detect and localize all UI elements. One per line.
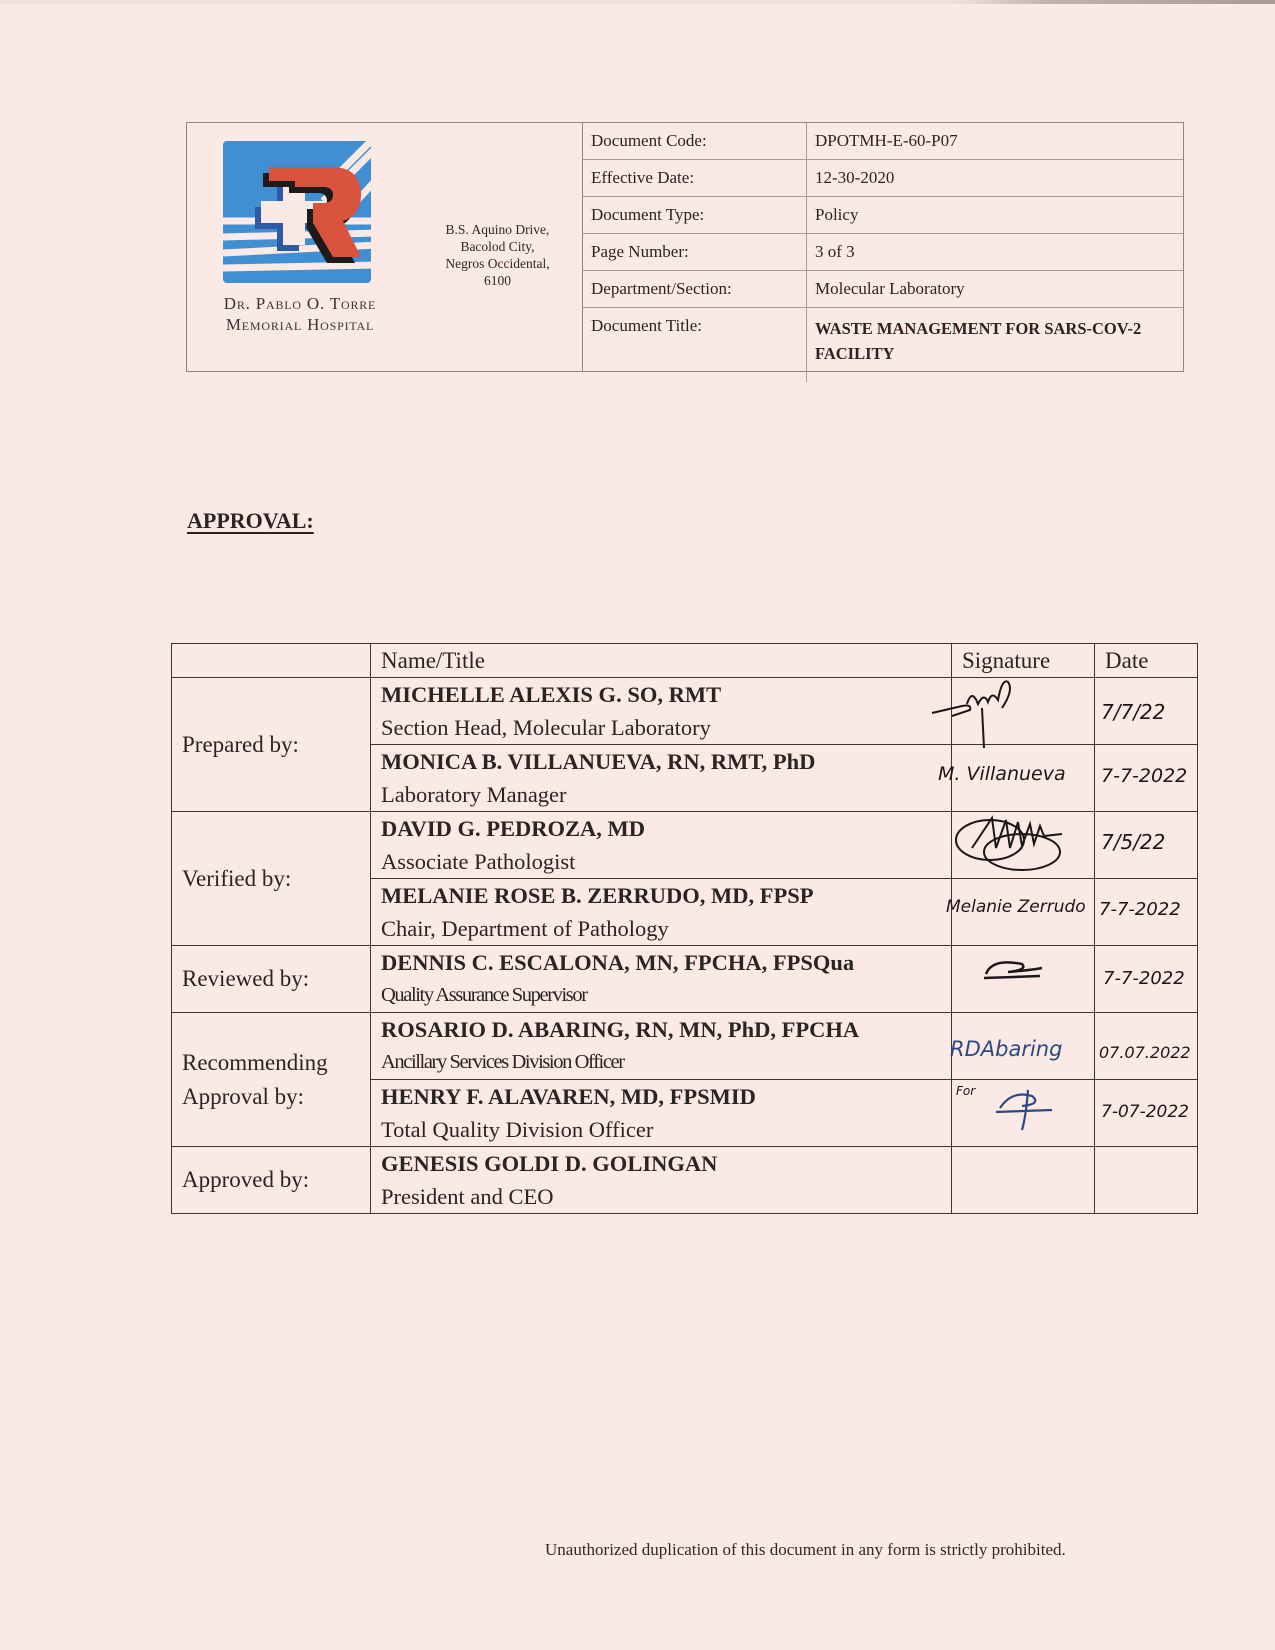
signature-cell — [952, 812, 1095, 879]
document-type: Policy — [807, 197, 1184, 234]
date-cell-empty — [1095, 1147, 1198, 1214]
handwritten-signature: M. Villanueva — [938, 763, 1066, 785]
signatory-name: DAVID G. PEDROZA, MD — [381, 812, 941, 845]
signatory-title: Associate Pathologist — [381, 845, 941, 878]
document-header: Dr. Pablo O. Torre Memorial Hospital B.S… — [186, 122, 1184, 372]
effective-date: 12-30-2020 — [807, 160, 1184, 197]
hospital-name: Dr. Pablo O. Torre Memorial Hospital — [189, 293, 411, 335]
meta-row-effective-date: Effective Date:12-30-2020 — [583, 160, 1183, 197]
table-row: Reviewed by: DENNIS C. ESCALONA, MN, FPC… — [172, 946, 1198, 1013]
signature-cell: For — [952, 1080, 1095, 1147]
signatory-name: HENRY F. ALAVAREN, MD, FPSMID — [381, 1080, 941, 1113]
meta-row-type: Document Type:Policy — [583, 197, 1183, 234]
document-meta-table: Document Code:DPOTMH-E-60-P07 Effective … — [583, 123, 1183, 382]
handwritten-signature: RDAbaring — [950, 1037, 1062, 1061]
signature-cell-empty — [952, 1147, 1095, 1214]
handwritten-signature-icon — [952, 808, 1082, 878]
document-code: DPOTMH-E-60-P07 — [807, 123, 1184, 160]
role-verified-by: Verified by: — [172, 812, 371, 946]
column-header-name: Name/Title — [371, 644, 952, 678]
signature-cell — [952, 678, 1095, 745]
signatory-title: Total Quality Division Officer — [381, 1113, 941, 1146]
table-row: Prepared by: MICHELLE ALEXIS G. SO, RMT … — [172, 678, 1198, 745]
signed-date: 7-7-2022 — [1101, 765, 1187, 787]
role-reviewed-by: Reviewed by: — [172, 946, 371, 1013]
signature-note: For — [956, 1084, 975, 1098]
page-number: 3 of 3 — [807, 234, 1184, 271]
handwritten-signature: Melanie Zerrudo — [946, 897, 1086, 917]
signed-date: 7-7-2022 — [1099, 899, 1181, 920]
signatory-title: Ancillary Services Division Officer — [381, 1046, 941, 1079]
signature-cell: RDAbaring — [952, 1013, 1095, 1080]
signatory-title: Section Head, Molecular Laboratory — [381, 711, 941, 744]
signed-date: 07.07.2022 — [1099, 1043, 1191, 1062]
meta-row-page: Page Number:3 of 3 — [583, 234, 1183, 271]
role-approved-by: Approved by: — [172, 1147, 371, 1214]
handwritten-signature-icon — [932, 668, 1062, 734]
signed-date: 7-7-2022 — [1103, 968, 1185, 989]
signatory-title: Quality Assurance Supervisor — [381, 979, 941, 1012]
hospital-address: B.S. Aquino Drive, Bacolod City, Negros … — [415, 221, 580, 289]
table-row: Recommending Approval by: ROSARIO D. ABA… — [172, 1013, 1198, 1080]
hospital-block: Dr. Pablo O. Torre Memorial Hospital B.S… — [187, 123, 583, 371]
scan-edge — [0, 0, 1275, 4]
department: Molecular Laboratory — [807, 271, 1184, 308]
handwritten-signature-icon — [992, 1086, 1072, 1136]
table-row: Approved by: GENESIS GOLDI D. GOLINGAN P… — [172, 1147, 1198, 1214]
signed-date: 7/7/22 — [1101, 700, 1165, 724]
signatory-title: President and CEO — [381, 1180, 941, 1213]
approval-table: Name/Title Signature Date Prepared by: M… — [171, 643, 1198, 1214]
approval-heading: APPROVAL: — [187, 508, 314, 534]
signatory-name: MELANIE ROSE B. ZERRUDO, MD, FPSP — [381, 879, 941, 912]
signatory-name: GENESIS GOLDI D. GOLINGAN — [381, 1147, 941, 1180]
signatory-name: DENNIS C. ESCALONA, MN, FPCHA, FPSQua — [381, 946, 941, 979]
meta-row-department: Department/Section:Molecular Laboratory — [583, 271, 1183, 308]
document-title: WASTE MANAGEMENT FOR SARS-COV-2 FACILITY — [807, 308, 1184, 383]
meta-row-code: Document Code:DPOTMH-E-60-P07 — [583, 123, 1183, 160]
signed-date: 7-07-2022 — [1101, 1102, 1189, 1122]
signature-cell — [952, 946, 1095, 1013]
handwritten-signature-icon — [982, 954, 1062, 984]
table-row: Verified by: DAVID G. PEDROZA, MD Associ… — [172, 812, 1198, 879]
signatory-title: Chair, Department of Pathology — [381, 912, 941, 945]
signatory-name: MONICA B. VILLANUEVA, RN, RMT, PhD — [381, 745, 941, 778]
duplication-notice: Unauthorized duplication of this documen… — [545, 1540, 1066, 1560]
signature-cell: Melanie Zerrudo — [952, 879, 1095, 946]
signed-date: 7/5/22 — [1101, 830, 1165, 854]
role-recommending-approval-by: Recommending Approval by: — [172, 1013, 371, 1147]
signatory-title: Laboratory Manager — [381, 778, 941, 811]
column-header-date: Date — [1095, 644, 1198, 678]
meta-row-title: Document Title:WASTE MANAGEMENT FOR SARS… — [583, 308, 1183, 383]
signature-cell: M. Villanueva — [952, 745, 1095, 812]
role-prepared-by: Prepared by: — [172, 678, 371, 812]
signatory-name: ROSARIO D. ABARING, RN, MN, PhD, FPCHA — [381, 1013, 941, 1046]
hospital-logo-icon — [223, 141, 377, 291]
signatory-name: MICHELLE ALEXIS G. SO, RMT — [381, 678, 941, 711]
